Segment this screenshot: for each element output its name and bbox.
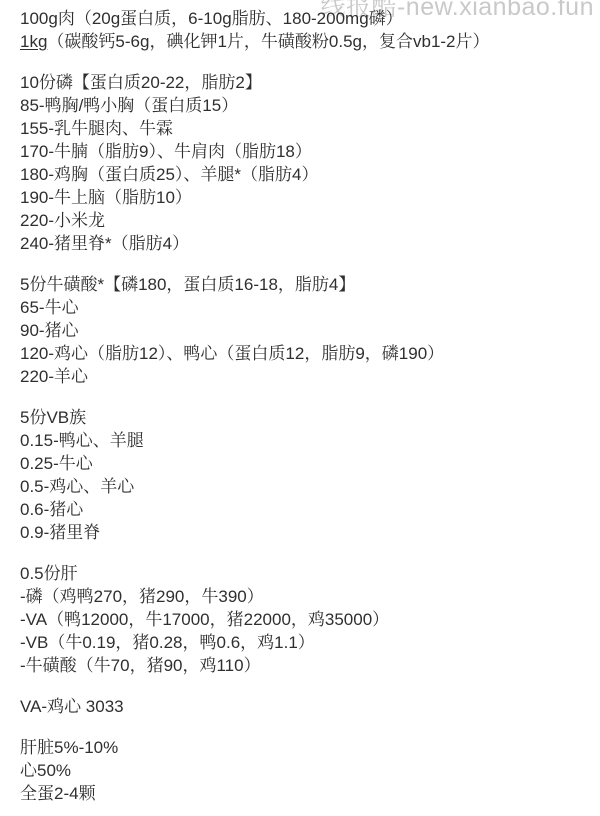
text-line: 65-牛心	[20, 296, 586, 319]
section-phosphorus: 10份磷【蛋白质20-22，脂肪2】 85-鸭胸/鸭小胸（蛋白质15） 155-…	[20, 71, 586, 255]
underlined-text: 1kg	[20, 32, 47, 51]
text-line: 0.9-猪里脊	[20, 521, 586, 544]
section-vb-family: 5份VB族 0.15-鸭心、羊腿 0.25-牛心 0.5-鸡心、羊心 0.6-猪…	[20, 406, 586, 544]
note-body: 100g肉（20g蛋白质，6-10g脂肪、180-200mg磷） 1kg（碳酸钙…	[0, 0, 600, 805]
text-line: VA-鸡心 3033	[20, 695, 586, 718]
text-line: 180-鸡胸（蛋白质25）、羊腿*（脂肪4）	[20, 163, 586, 186]
text-line: -VA（鸭12000，牛17000，猪22000，鸡35000）	[20, 608, 586, 631]
section-ratios: 肝脏5%-10% 心50% 全蛋2-4颗	[20, 736, 586, 805]
section-heading: 5份牛磺酸*【磷180，蛋白质16-18，脂肪4】	[20, 273, 586, 296]
text-span: （碳酸钙5-6g，碘化钾1片，牛磺酸粉0.5g，复合vb1-2片）	[47, 32, 489, 51]
section-heading: 0.5份肝	[20, 562, 586, 585]
text-line: 220-小米龙	[20, 209, 586, 232]
notes-page: 线报酷-new.xianbao.fun 100g肉（20g蛋白质，6-10g脂肪…	[0, 0, 600, 816]
section-va-note: VA-鸡心 3033	[20, 695, 586, 718]
text-line: 肝脏5%-10%	[20, 736, 586, 759]
text-line: 0.6-猪心	[20, 498, 586, 521]
text-line: 155-乳牛腿肉、牛霖	[20, 117, 586, 140]
text-line: 全蛋2-4颗	[20, 782, 586, 805]
text-line: 0.5-鸡心、羊心	[20, 475, 586, 498]
text-line: -磷（鸡鸭270，猪290，牛390）	[20, 585, 586, 608]
section-taurine: 5份牛磺酸*【磷180，蛋白质16-18，脂肪4】 65-牛心 90-猪心 12…	[20, 273, 586, 388]
text-line: 170-牛腩（脂肪9）、牛肩肉（脂肪18）	[20, 140, 586, 163]
text-line: 190-牛上脑（脂肪10）	[20, 186, 586, 209]
text-line: 85-鸭胸/鸭小胸（蛋白质15）	[20, 94, 586, 117]
text-line: 0.25-牛心	[20, 452, 586, 475]
text-line: 0.15-鸭心、羊腿	[20, 429, 586, 452]
section-per-100g: 100g肉（20g蛋白质，6-10g脂肪、180-200mg磷） 1kg（碳酸钙…	[20, 7, 586, 53]
text-line: 1kg（碳酸钙5-6g，碘化钾1片，牛磺酸粉0.5g，复合vb1-2片）	[20, 30, 586, 53]
text-line: 240-猪里脊*（脂肪4）	[20, 232, 586, 255]
text-line: 120-鸡心（脂肪12）、鸭心（蛋白质12，脂肪9，磷190）	[20, 342, 586, 365]
text-line: 220-羊心	[20, 365, 586, 388]
text-line: 100g肉（20g蛋白质，6-10g脂肪、180-200mg磷）	[20, 7, 586, 30]
text-line: -VB（牛0.19，猪0.28，鸭0.6，鸡1.1）	[20, 631, 586, 654]
text-line: -牛磺酸（牛70，猪90，鸡110）	[20, 654, 586, 677]
section-liver: 0.5份肝 -磷（鸡鸭270，猪290，牛390） -VA（鸭12000，牛17…	[20, 562, 586, 677]
section-heading: 5份VB族	[20, 406, 586, 429]
section-heading: 10份磷【蛋白质20-22，脂肪2】	[20, 71, 586, 94]
text-line: 心50%	[20, 759, 586, 782]
text-line: 90-猪心	[20, 319, 586, 342]
